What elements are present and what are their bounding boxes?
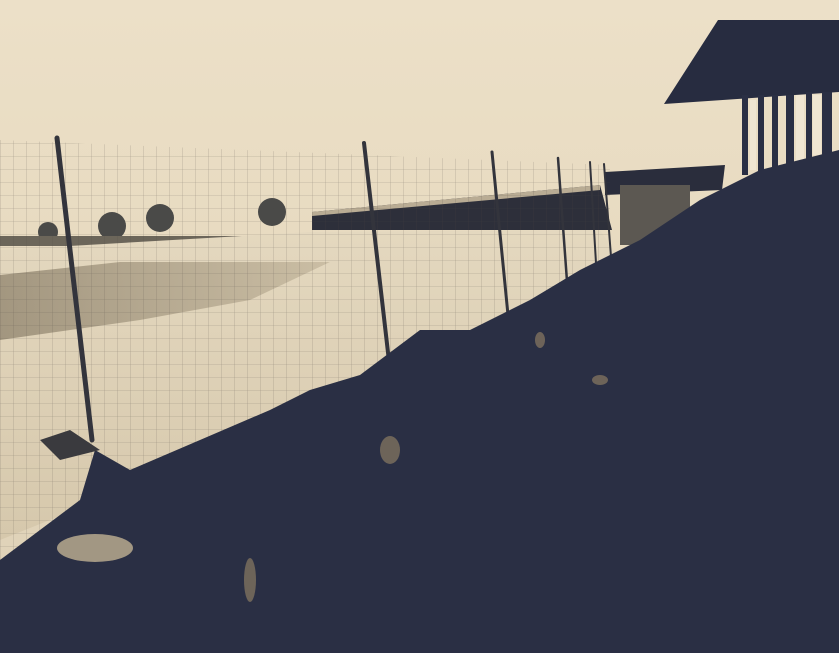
racetrack-photograph [0, 0, 839, 653]
photo-scene [0, 0, 839, 653]
pavilion [664, 20, 839, 175]
